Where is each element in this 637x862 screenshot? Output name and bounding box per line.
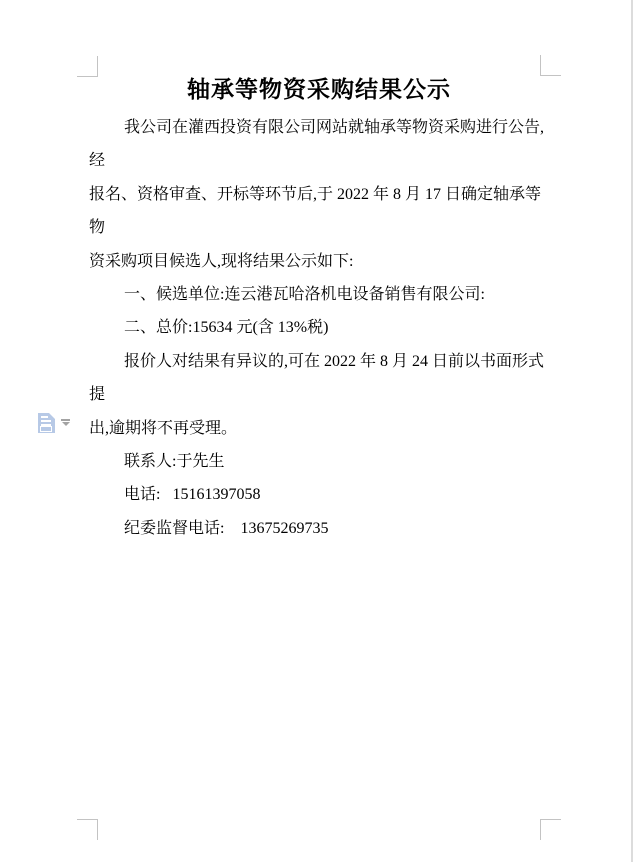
paragraph-intro: 我公司在灌西投资有限公司网站就轴承等物资采购进行公告,经 报名、资格审查、开标等… — [89, 111, 549, 278]
page-right-edge — [631, 0, 633, 862]
paragraph-total-price: 二、总价:15634 元(含 13%税) — [89, 311, 549, 344]
paragraph-objection-notice: 报价人对结果有异议的,可在 2022 年 8 月 24 日前以书面形式提 出,逾… — [89, 345, 549, 445]
chevron-bar — [61, 419, 70, 421]
margin-crop-mark-bottom-right — [540, 819, 561, 840]
document-icon[interactable] — [38, 413, 55, 433]
document-title: 轴承等物资采购结果公示 — [89, 72, 549, 108]
chevron-down-icon[interactable] — [61, 419, 70, 426]
margin-crop-mark-bottom-left — [77, 819, 98, 840]
document-page: 轴承等物资采购结果公示 我公司在灌西投资有限公司网站就轴承等物资采购进行公告,经… — [0, 0, 637, 862]
document-icon-line — [41, 420, 51, 422]
paragraph-phone: 电话: 15161397058 — [89, 478, 549, 511]
document-icon-line — [41, 416, 48, 418]
paragraph-contact-person: 联系人:于先生 — [89, 445, 549, 478]
chevron-triangle — [62, 422, 70, 426]
paragraph-candidate-unit: 一、候选单位:连云港瓦哈洛机电设备销售有限公司: — [89, 278, 549, 311]
document-icon-box — [40, 426, 52, 432]
document-body: 轴承等物资采购结果公示 我公司在灌西投资有限公司网站就轴承等物资采购进行公告,经… — [89, 72, 549, 545]
paragraph-supervision-phone: 纪委监督电话: 13675269735 — [89, 512, 549, 545]
